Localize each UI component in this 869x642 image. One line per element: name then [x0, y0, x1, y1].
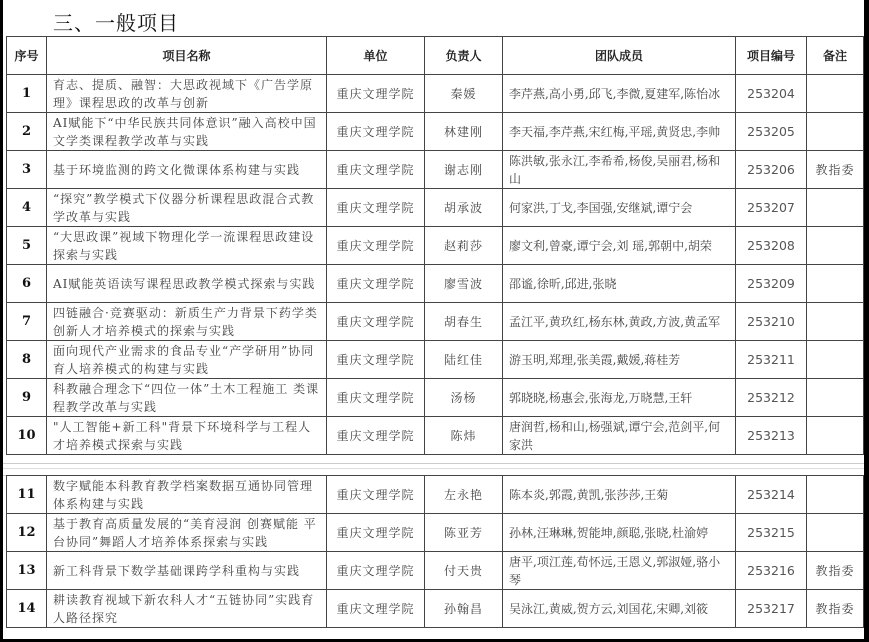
table-row: 8 面向现代产业需求的食品专业“产学研用”协同育人培养模式的构建与实践 重庆文理… [7, 341, 864, 379]
cell-code: 253210 [736, 303, 807, 341]
cell-lead: 付天贵 [425, 552, 503, 590]
table-row: 14 耕读教育视域下新农科人才“五链协同”实践育人路径探究 重庆文理学院 孙翰昌… [7, 590, 864, 628]
cell-lead: 廖雪波 [425, 265, 503, 303]
cell-no: 4 [7, 189, 47, 227]
cell-unit: 重庆文理学院 [327, 590, 425, 628]
cell-team: 李天福,李芹燕,宋红梅,平瑶,黄贤忠,李帅 [503, 113, 736, 151]
cell-note: 教指委 [807, 590, 864, 628]
cell-note: 教指委 [807, 151, 864, 189]
document-page: 三、一般项目 序号 项目名称 单位 负责人 团队成员 项目编号 备注 1 育志、… [3, 0, 864, 639]
cell-name: 耕读教育视域下新农科人才“五链协同”实践育人路径探究 [47, 590, 327, 628]
cell-no: 5 [7, 227, 47, 265]
cell-name: 育志、提质、融智：大思政视域下《广告学原理》课程思政的改革与创新 [47, 75, 327, 113]
cell-lead: 谢志刚 [425, 151, 503, 189]
table-row: 11 数字赋能本科教育教学档案数据互通协同管理体系构建与实践 重庆文理学院 左永… [7, 476, 864, 514]
header-unit: 单位 [327, 37, 425, 75]
cell-no: 11 [7, 476, 47, 514]
cell-team: 游玉明,郑理,张美霞,戴媛,蒋桂芳 [503, 341, 736, 379]
cell-no: 6 [7, 265, 47, 303]
cell-code: 253208 [736, 227, 807, 265]
cell-code: 253214 [736, 476, 807, 514]
cell-lead: 左永艳 [425, 476, 503, 514]
table-header-row: 序号 项目名称 单位 负责人 团队成员 项目编号 备注 [7, 37, 864, 75]
cell-team: 陈本炎,郭霞,黄凯,张莎莎,王菊 [503, 476, 736, 514]
cell-unit: 重庆文理学院 [327, 265, 425, 303]
cell-name: AI赋能英语读写课程思政教学模式探索与实践 [47, 265, 327, 303]
header-lead: 负责人 [425, 37, 503, 75]
cell-code: 253213 [736, 417, 807, 455]
cell-name: “大思政课”视域下物理化学一流课程思政建设探索与实践 [47, 227, 327, 265]
cell-lead: 陈炜 [425, 417, 503, 455]
cell-note [807, 303, 864, 341]
cell-lead: 胡春生 [425, 303, 503, 341]
cell-no: 1 [7, 75, 47, 113]
cell-note [807, 265, 864, 303]
table-row: 1 育志、提质、融智：大思政视域下《广告学原理》课程思政的改革与创新 重庆文理学… [7, 75, 864, 113]
cell-note [807, 341, 864, 379]
cell-unit: 重庆文理学院 [327, 476, 425, 514]
cell-code: 253216 [736, 552, 807, 590]
table-row: 9 科教融合理念下“四位一体”土木工程施工 类课程教学改革与实践 重庆文理学院 … [7, 379, 864, 417]
cell-name: 四链融合·竞赛驱动：新质生产力背景下药学类创新人才培养模式的探索与实践 [47, 303, 327, 341]
cell-team: 孙林,汪琳琳,贺能坤,颜聪,张晓,杜渝婷 [503, 514, 736, 552]
cell-code: 253212 [736, 379, 807, 417]
header-name: 项目名称 [47, 37, 327, 75]
cell-name: 数字赋能本科教育教学档案数据互通协同管理体系构建与实践 [47, 476, 327, 514]
cell-team: 吴泳江,黄威,贺方云,刘国花,宋卿,刘筱 [503, 590, 736, 628]
cell-lead: 陈亚芳 [425, 514, 503, 552]
cell-note [807, 514, 864, 552]
header-no: 序号 [7, 37, 47, 75]
cell-note [807, 379, 864, 417]
cell-unit: 重庆文理学院 [327, 151, 425, 189]
cell-team: 唐润哲,杨和山,杨强斌,谭宁会,范剑平,何家洪 [503, 417, 736, 455]
table-row: 4 “探究”教学模式下仪器分析课程思政混合式教学改革与实践 重庆文理学院 胡承波… [7, 189, 864, 227]
cell-team: 李芹燕,高小勇,邱飞,李微,夏建军,陈怡冰 [503, 75, 736, 113]
cell-name: 基于环境监测的跨文化微课体系构建与实践 [47, 151, 327, 189]
table-row: 3 基于环境监测的跨文化微课体系构建与实践 重庆文理学院 谢志刚 陈洪敏,张永江… [7, 151, 864, 189]
cell-no: 3 [7, 151, 47, 189]
cell-code: 253215 [736, 514, 807, 552]
cell-lead: 秦媛 [425, 75, 503, 113]
cell-team: 廖文利,曾豪,谭宁会,刘 瑶,郭朝中,胡荣 [503, 227, 736, 265]
cell-no: 2 [7, 113, 47, 151]
cell-unit: 重庆文理学院 [327, 227, 425, 265]
table-row: 7 四链融合·竞赛驱动：新质生产力背景下药学类创新人才培养模式的探索与实践 重庆… [7, 303, 864, 341]
cell-code: 253206 [736, 151, 807, 189]
table-row: 12 基于教育高质量发展的“美育浸润 创赛赋能 平台协同”舞蹈人才培养体系探索与… [7, 514, 864, 552]
cell-unit: 重庆文理学院 [327, 552, 425, 590]
header-team: 团队成员 [503, 37, 736, 75]
cell-team: 孟江平,黄玖红,杨东林,黄政,方波,黄孟军 [503, 303, 736, 341]
cell-code: 253211 [736, 341, 807, 379]
cell-lead: 陆红佳 [425, 341, 503, 379]
cell-lead: 胡承波 [425, 189, 503, 227]
cell-team: 陈洪敏,张永江,李希希,杨俊,吴丽君,杨和山 [503, 151, 736, 189]
cell-no: 7 [7, 303, 47, 341]
cell-name: AI赋能下“中华民族共同体意识”融入高校中国文学类课程教学改革与实践 [47, 113, 327, 151]
cell-code: 253217 [736, 590, 807, 628]
cell-unit: 重庆文理学院 [327, 113, 425, 151]
cell-note: 教指委 [807, 552, 864, 590]
cell-name: "人工智能+新工科"背景下环境科学与工程人才培养模式探索与实践 [47, 417, 327, 455]
cell-no: 9 [7, 379, 47, 417]
cell-note [807, 476, 864, 514]
table-row: 2 AI赋能下“中华民族共同体意识”融入高校中国文学类课程教学改革与实践 重庆文… [7, 113, 864, 151]
cell-name: 新工科背景下数学基础课跨学科重构与实践 [47, 552, 327, 590]
cell-code: 253207 [736, 189, 807, 227]
cell-name: 科教融合理念下“四位一体”土木工程施工 类课程教学改革与实践 [47, 379, 327, 417]
cell-no: 12 [7, 514, 47, 552]
cell-note [807, 75, 864, 113]
table-row: 10 "人工智能+新工科"背景下环境科学与工程人才培养模式探索与实践 重庆文理学… [7, 417, 864, 455]
header-note: 备注 [807, 37, 864, 75]
section-title: 三、一般项目 [53, 7, 179, 36]
cell-unit: 重庆文理学院 [327, 379, 425, 417]
cell-lead: 孙翰昌 [425, 590, 503, 628]
projects-table-part-2: 11 数字赋能本科教育教学档案数据互通协同管理体系构建与实践 重庆文理学院 左永… [6, 475, 864, 628]
cell-lead: 赵莉莎 [425, 227, 503, 265]
cell-note [807, 113, 864, 151]
cell-team: 何家洪,丁戈,李国强,安继斌,谭宁会 [503, 189, 736, 227]
cell-unit: 重庆文理学院 [327, 303, 425, 341]
cell-team: 郭晓晓,杨惠会,张海龙,万晓慧,王轩 [503, 379, 736, 417]
cell-code: 253209 [736, 265, 807, 303]
cell-unit: 重庆文理学院 [327, 189, 425, 227]
cell-note [807, 227, 864, 265]
cell-lead: 汤杨 [425, 379, 503, 417]
cell-unit: 重庆文理学院 [327, 75, 425, 113]
header-code: 项目编号 [736, 37, 807, 75]
cell-no: 8 [7, 341, 47, 379]
table-row: 5 “大思政课”视域下物理化学一流课程思政建设探索与实践 重庆文理学院 赵莉莎 … [7, 227, 864, 265]
projects-table-part-1: 序号 项目名称 单位 负责人 团队成员 项目编号 备注 1 育志、提质、融智：大… [6, 36, 864, 455]
cell-code: 253204 [736, 75, 807, 113]
cell-name: “探究”教学模式下仪器分析课程思政混合式教学改革与实践 [47, 189, 327, 227]
table-row: 6 AI赋能英语读写课程思政教学模式探索与实践 重庆文理学院 廖雪波 邵谧,徐昕… [7, 265, 864, 303]
cell-note [807, 189, 864, 227]
cell-name: 基于教育高质量发展的“美育浸润 创赛赋能 平台协同”舞蹈人才培养体系探索与实践 [47, 514, 327, 552]
cell-team: 邵谧,徐昕,邱进,张晓 [503, 265, 736, 303]
cell-code: 253205 [736, 113, 807, 151]
cell-no: 14 [7, 590, 47, 628]
cell-team: 唐平,项江莲,荀怀远,王恩义,郭淑娅,骆小琴 [503, 552, 736, 590]
cell-unit: 重庆文理学院 [327, 417, 425, 455]
divider-line [3, 468, 864, 469]
cell-no: 10 [7, 417, 47, 455]
cell-note [807, 417, 864, 455]
cell-no: 13 [7, 552, 47, 590]
table-row: 13 新工科背景下数学基础课跨学科重构与实践 重庆文理学院 付天贵 唐平,项江莲… [7, 552, 864, 590]
cell-lead: 林建刚 [425, 113, 503, 151]
cell-name: 面向现代产业需求的食品专业“产学研用”协同育人培养模式的构建与实践 [47, 341, 327, 379]
cell-unit: 重庆文理学院 [327, 514, 425, 552]
cell-unit: 重庆文理学院 [327, 341, 425, 379]
